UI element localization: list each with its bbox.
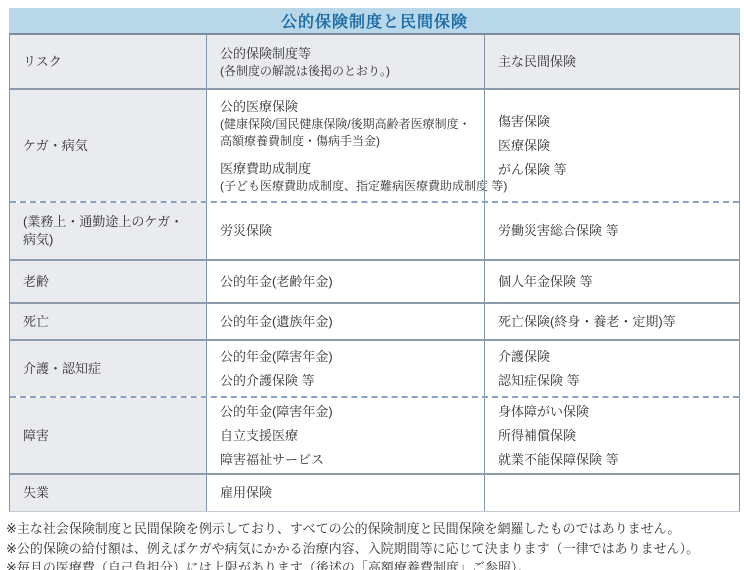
text-line: 傷害保険 xyxy=(498,110,729,134)
header-private-cell: 主な民間保険 xyxy=(484,35,739,88)
private-cell: 介護保険認知症保険 等 xyxy=(484,341,739,396)
header-row: リスク 公的保険制度等 (各制度の解説は後掲のとおり。) 主な民間保険 xyxy=(10,35,739,90)
text-line: (子ども医療費助成制度、指定難病医療費助成制度 等) xyxy=(220,178,474,195)
text-line: 身体障がい保険 xyxy=(498,400,729,424)
risk-label: (業務上・通勤途上のケガ・病気) xyxy=(23,213,196,249)
insurance-comparison-table: リスク 公的保険制度等 (各制度の解説は後掲のとおり。) 主な民間保険 ケガ・病… xyxy=(9,33,740,512)
public-cell: 公的医療保険 (健康保険/国民健康保険/後期高齢者医療制度・ 高額療養費制度・傷… xyxy=(206,90,484,201)
text-line: 認知症保険 等 xyxy=(498,369,729,393)
risk-label: 障害 xyxy=(23,427,196,445)
text-line: 公的年金(老齢年金) xyxy=(220,270,474,294)
text-line: 所得補償保険 xyxy=(498,424,729,448)
risk-cell: 死亡 xyxy=(10,304,206,339)
content-wrap: 公的保険制度と民間保険 リスク 公的保険制度等 (各制度の解説は後掲のとおり。)… xyxy=(9,8,740,570)
header-risk-cell: リスク xyxy=(10,35,206,88)
row-care-dementia: 介護・認知症 公的年金(障害年金)公的介護保険 等 介護保険認知症保険 等 xyxy=(10,341,739,398)
risk-label: 老齢 xyxy=(23,273,196,291)
text-line: 公的年金(障害年金) xyxy=(220,345,474,369)
private-cell xyxy=(484,475,739,511)
public-cell: 雇用保険 xyxy=(206,475,484,511)
public-cell: 労災保険 xyxy=(206,203,484,259)
private-cell: 労働災害総合保険 等 xyxy=(484,203,739,259)
public-cell: 公的年金(障害年金)自立支援医療障害福祉サービス xyxy=(206,398,484,473)
footnote-line: ※公的保険の給付額は、例えばケガや病気にかかる治療内容、入院期間等に応じて決まり… xyxy=(6,539,740,559)
risk-cell: 老齢 xyxy=(10,261,206,302)
private-cell: 傷害保険医療保険がん保険 等 xyxy=(484,90,739,201)
text-line: 公的介護保険 等 xyxy=(220,369,474,393)
text-line: 公的年金(障害年金) xyxy=(220,400,474,424)
footnote-line: ※主な社会保険制度と民間保険を例示しており、すべての公的保険制度と民間保険を網羅… xyxy=(6,519,740,539)
text-line: 雇用保険 xyxy=(220,481,474,505)
header-public-sublabel: (各制度の解説は後掲のとおり。) xyxy=(220,63,474,80)
text-line: がん保険 等 xyxy=(498,158,729,182)
text-line: 自立支援医療 xyxy=(220,424,474,448)
text-line: 死亡保険(終身・養老・定期)等 xyxy=(498,310,729,334)
text-line: 介護保険 xyxy=(498,345,729,369)
risk-label: 死亡 xyxy=(23,313,196,331)
text-line: 個人年金保険 等 xyxy=(498,270,729,294)
risk-cell: 介護・認知症 xyxy=(10,341,206,396)
table-title-text: 公的保険制度と民間保険 xyxy=(281,9,468,32)
private-cell: 身体障がい保険所得補償保険就業不能保障保険 等 xyxy=(484,398,739,473)
text-line: 公的医療保険 xyxy=(220,97,474,116)
text-line: (健康保険/国民健康保険/後期高齢者医療制度・ xyxy=(220,116,474,133)
risk-label: 失業 xyxy=(23,484,196,502)
header-public-label: 公的保険制度等 xyxy=(220,44,474,63)
row-injury-illness: ケガ・病気 公的医療保険 (健康保険/国民健康保険/後期高齢者医療制度・ 高額療… xyxy=(10,90,739,203)
row-death: 死亡 公的年金(遺族年金) 死亡保険(終身・養老・定期)等 xyxy=(10,304,739,341)
public-cell: 公的年金(老齢年金) xyxy=(206,261,484,302)
private-cell: 死亡保険(終身・養老・定期)等 xyxy=(484,304,739,339)
row-work-related: (業務上・通勤途上のケガ・病気) 労災保険 労働災害総合保険 等 xyxy=(10,203,739,261)
risk-label: 介護・認知症 xyxy=(23,360,196,378)
header-risk-label: リスク xyxy=(23,53,196,71)
private-cell: 個人年金保険 等 xyxy=(484,261,739,302)
header-private-label: 主な民間保険 xyxy=(498,53,729,71)
footnote-line: ※毎月の医療費（自己負担分）には上限があります（後述の「高額療養費制度」ご参照）… xyxy=(6,558,740,570)
text-line: 医療保険 xyxy=(498,134,729,158)
header-public-cell: 公的保険制度等 (各制度の解説は後掲のとおり。) xyxy=(206,35,484,88)
text-line: 障害福祉サービス xyxy=(220,448,474,472)
text-line: 労働災害総合保険 等 xyxy=(498,219,729,243)
risk-cell: 失業 xyxy=(10,475,206,511)
text-line: 就業不能保障保険 等 xyxy=(498,448,729,472)
risk-cell: ケガ・病気 xyxy=(10,90,206,201)
text-line: 高額療養費制度・傷病手当金) xyxy=(220,133,474,150)
private-list: 傷害保険医療保険がん保険 等 xyxy=(498,110,729,182)
risk-cell: (業務上・通勤途上のケガ・病気) xyxy=(10,203,206,259)
risk-label: ケガ・病気 xyxy=(23,137,196,155)
public-paragraph: 医療費助成制度 (子ども医療費助成制度、指定難病医療費助成制度 等) xyxy=(220,159,474,195)
table-title: 公的保険制度と民間保険 xyxy=(9,8,740,33)
risk-cell: 障害 xyxy=(10,398,206,473)
row-disability: 障害 公的年金(障害年金)自立支援医療障害福祉サービス 身体障がい保険所得補償保… xyxy=(10,398,739,475)
row-unemployment: 失業 雇用保険 xyxy=(10,475,739,511)
public-cell: 公的年金(障害年金)公的介護保険 等 xyxy=(206,341,484,396)
row-old-age: 老齢 公的年金(老齢年金) 個人年金保険 等 xyxy=(10,261,739,304)
text-line: 公的年金(遺族年金) xyxy=(220,310,474,334)
text-line: 労災保険 xyxy=(220,219,474,243)
public-paragraph: 公的医療保険 (健康保険/国民健康保険/後期高齢者医療制度・ 高額療養費制度・傷… xyxy=(220,97,474,150)
page: 公的保険制度と民間保険 リスク 公的保険制度等 (各制度の解説は後掲のとおり。)… xyxy=(0,0,744,570)
public-cell: 公的年金(遺族年金) xyxy=(206,304,484,339)
footnotes: ※主な社会保険制度と民間保険を例示しており、すべての公的保険制度と民間保険を網羅… xyxy=(6,519,740,570)
text-line: 医療費助成制度 xyxy=(220,159,474,178)
